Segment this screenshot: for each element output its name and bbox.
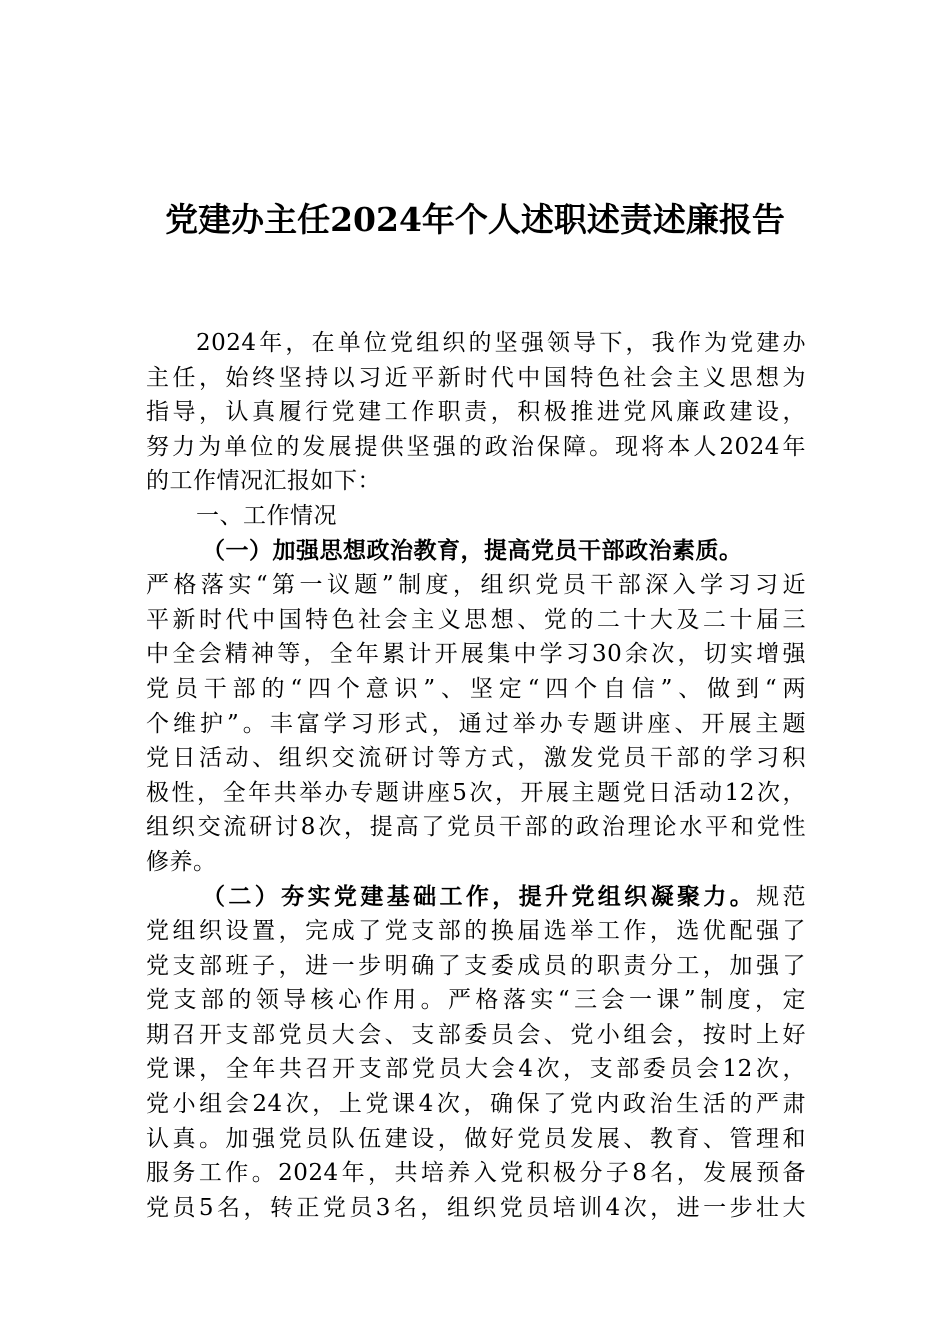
paragraph-line: 党员5名，转正党员3名，组织党员培训4次，进一步壮大 [146,1191,806,1226]
subsection-heading-tail: 规范 [756,884,806,910]
intro-line: 指导，认真履行党建工作职责，积极推进党风廉政建设， [146,395,806,430]
paragraph-line: 极性，全年共举办专题讲座5次，开展主题党日活动12次， [146,776,806,811]
paragraph-line: 个维护”。丰富学习形式，通过举办专题讲座、开展主题 [146,707,806,742]
paragraph-line: 组织交流研讨8次，提高了党员干部的政治理论水平和党性 [146,810,806,845]
paragraph-line: 期召开支部党员大会、支部委员会、党小组会，按时上好 [146,1018,806,1053]
intro-line: 2024年，在单位党组织的坚强领导下，我作为党建办 [146,326,806,361]
paragraph-line: 修养。 [146,845,806,880]
paragraph-line: 中全会精神等，全年累计开展集中学习30余次，切实增强 [146,637,806,672]
subsection-heading-text: （二）夯实党建基础工作，提升党组织凝聚力。 [202,883,756,910]
document-body: 2024年，在单位党组织的坚强领导下，我作为党建办 主任，始终坚持以习近平新时代… [146,326,806,1225]
paragraph-line: 平新时代中国特色社会主义思想、党的二十大及二十届三 [146,603,806,638]
intro-line: 的工作情况汇报如下： [146,464,806,499]
subsection-heading: （一）加强思想政治教育，提高党员干部政治素质。 [146,534,806,569]
paragraph-line: 党支部的领导核心作用。严格落实“三会一课”制度，定 [146,983,806,1018]
subsection-heading: （二）夯实党建基础工作，提升党组织凝聚力。规范 [146,880,806,915]
intro-line: 努力为单位的发展提供坚强的政治保障。现将本人2024年 [146,430,806,465]
paragraph-line: 党课，全年共召开支部党员大会4次，支部委员会12次， [146,1052,806,1087]
document-title: 党建办主任2024年个人述职述责述廉报告 [0,196,950,244]
section-heading: 一、工作情况 [146,499,806,534]
document-page: 党建办主任2024年个人述职述责述廉报告 2024年，在单位党组织的坚强领导下，… [0,0,950,1344]
subsection-heading-text: （一）加强思想政治教育，提高党员干部政治素质。 [202,537,743,564]
intro-line: 主任，始终坚持以习近平新时代中国特色社会主义思想为 [146,361,806,396]
paragraph-line: 党支部班子，进一步明确了支委成员的职责分工，加强了 [146,949,806,984]
paragraph-line: 服务工作。2024年，共培养入党积极分子8名，发展预备 [146,1156,806,1191]
paragraph-line: 严格落实“第一议题”制度，组织党员干部深入学习习近 [146,568,806,603]
paragraph-line: 党员干部的“四个意识”、坚定“四个自信”、做到“两 [146,672,806,707]
paragraph-line: 党日活动、组织交流研讨等方式，激发党员干部的学习积 [146,741,806,776]
paragraph-line: 认真。加强党员队伍建设，做好党员发展、教育、管理和 [146,1122,806,1157]
paragraph-line: 党小组会24次，上党课4次，确保了党内政治生活的严肃 [146,1087,806,1122]
paragraph-line: 党组织设置，完成了党支部的换届选举工作，选优配强了 [146,914,806,949]
